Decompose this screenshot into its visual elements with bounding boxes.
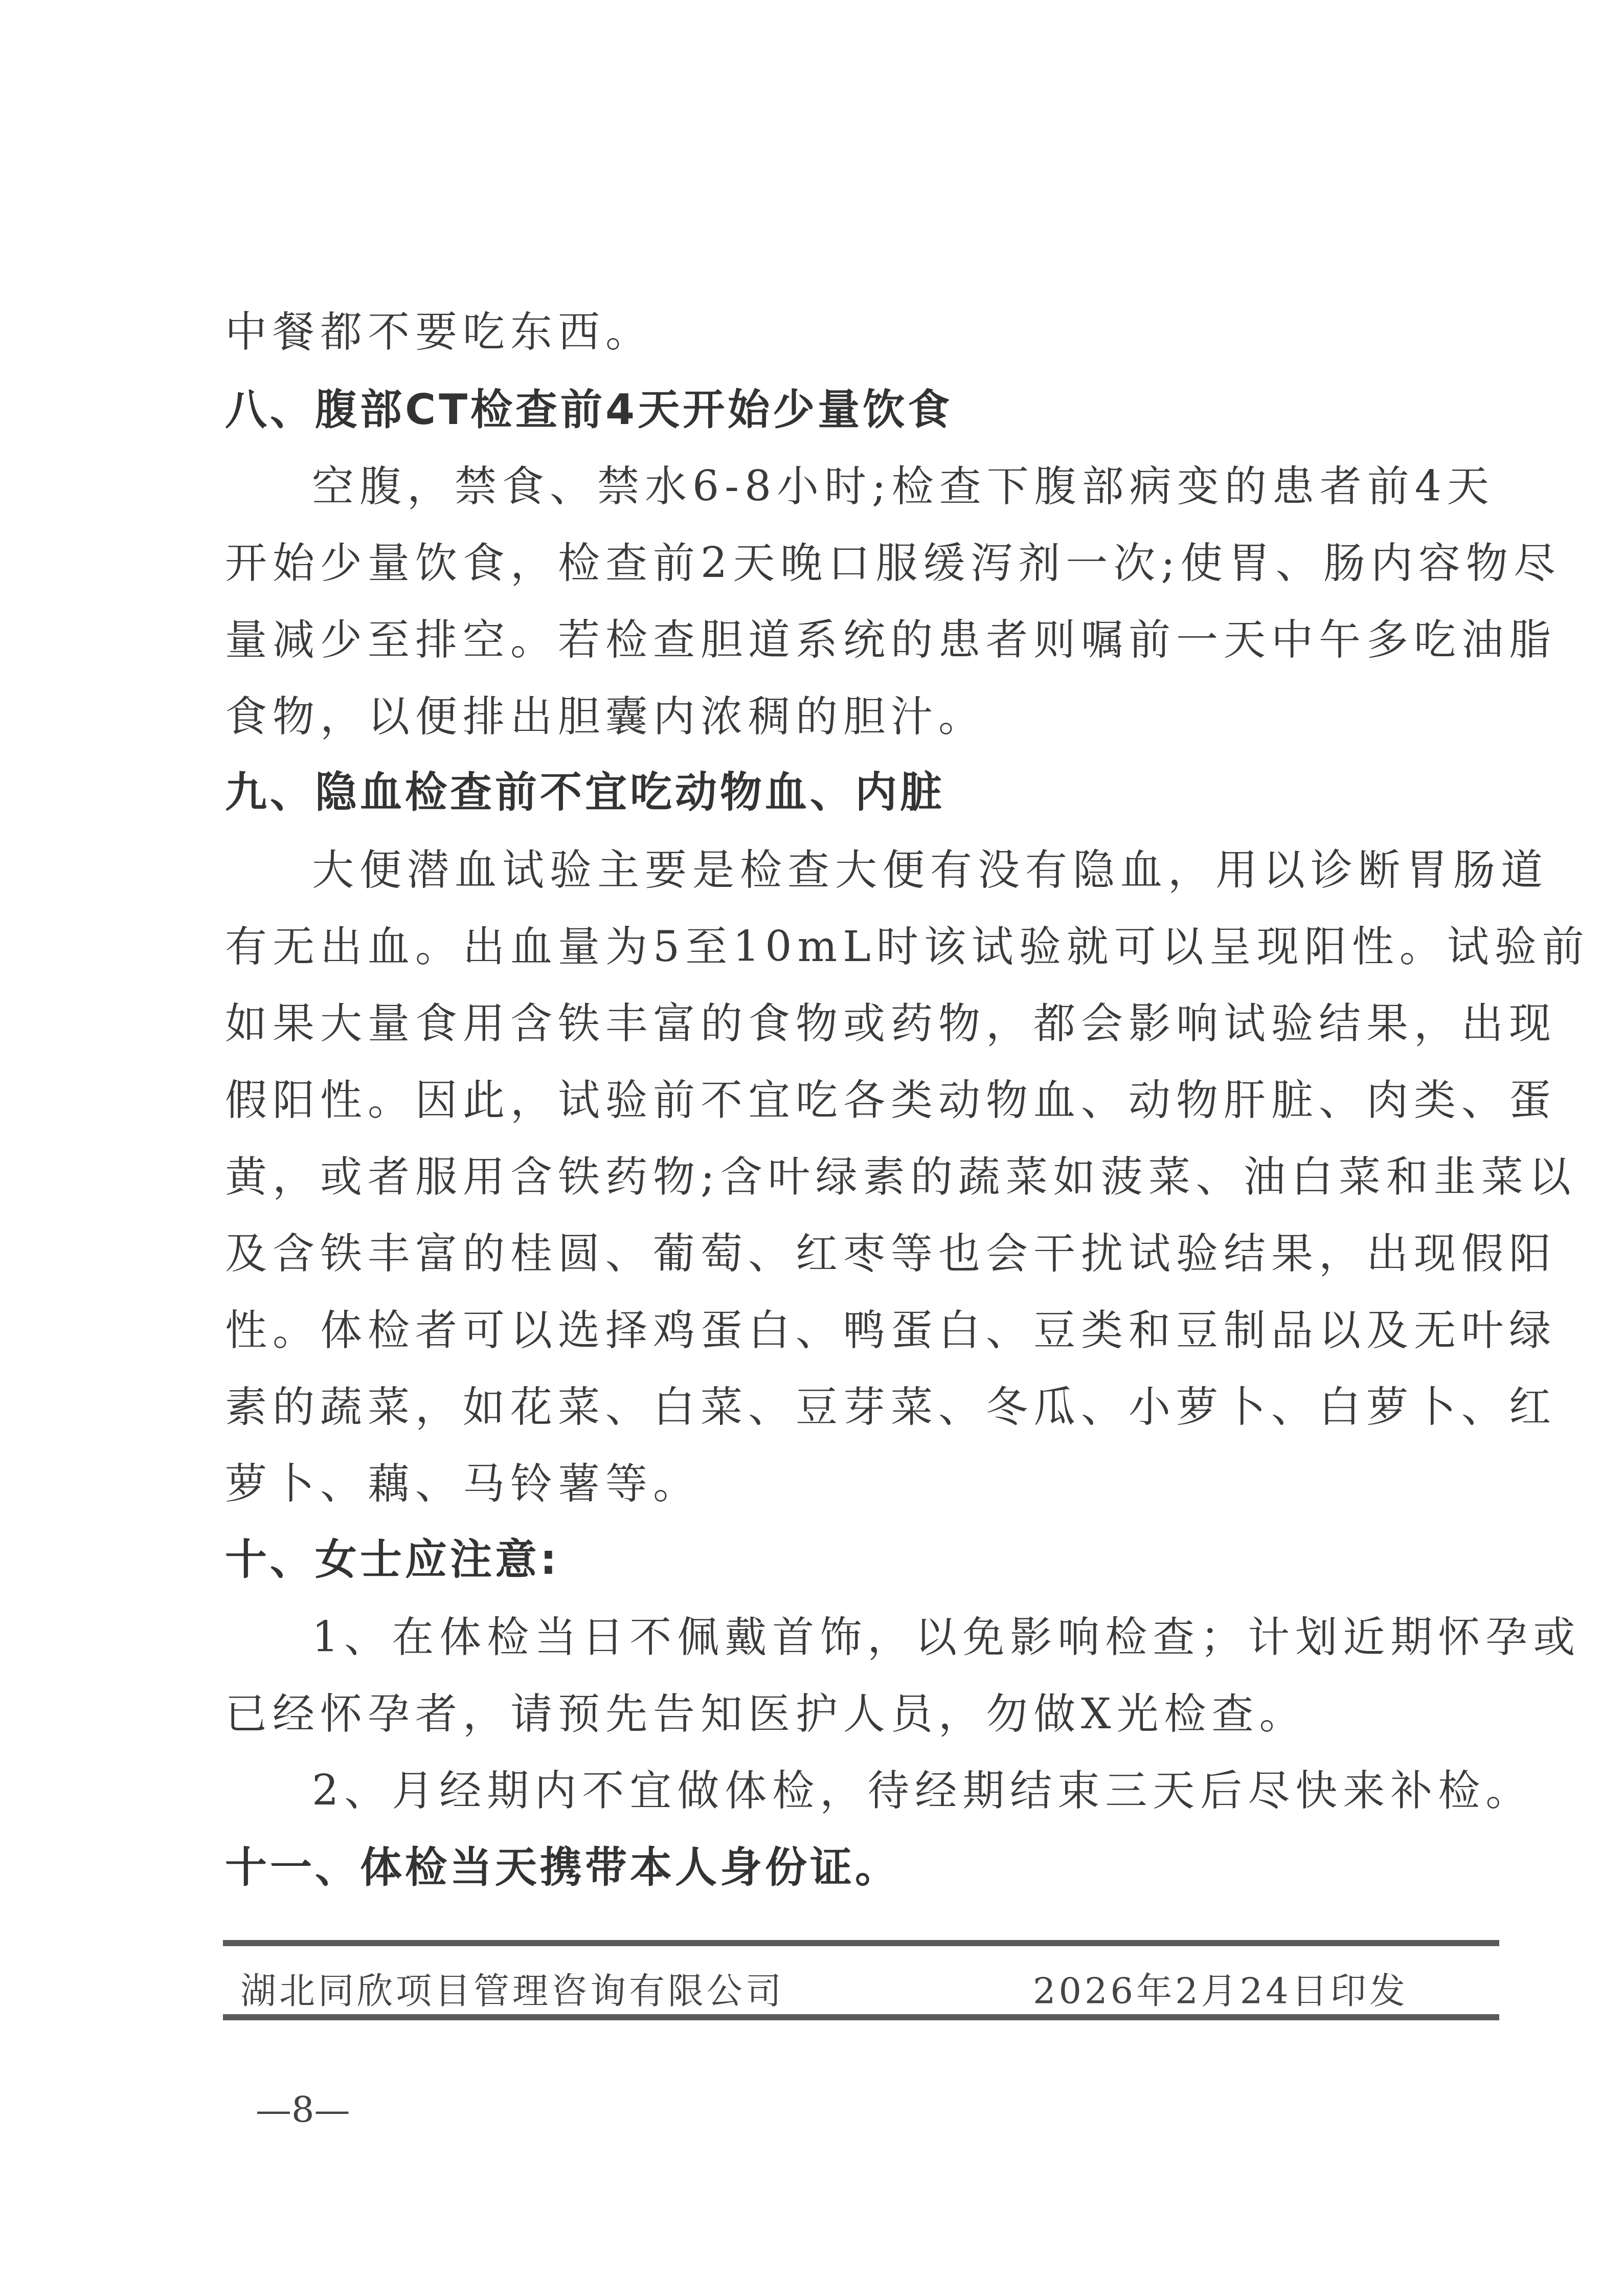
footer-bottom-rule [223,2014,1499,2020]
section-8-line: 空腹，禁食、禁水6-8小时;检查下腹部病变的患者前4天 [312,461,1462,512]
section-8-line: 量减少至排空。若检查胆道系统的患者则嘱前一天中午多吃油脂 [225,615,1462,666]
section-8-line: 食物，以便排出胆囊内浓稠的胆汁。 [225,692,1462,743]
section-9-line: 萝卜、藕、马铃薯等。 [225,1459,1462,1510]
page-number: —8— [256,2087,350,2133]
footer-top-rule [223,1940,1499,1946]
section-10-item-1-line: 1、在体检当日不佩戴首饰，以免影响检查；计划近期怀孕或 [312,1612,1462,1663]
section-9-line: 有无出血。出血量为5至10mL时该试验就可以呈现阳性。试验前 [225,922,1462,973]
section-10-item-2-line: 2、月经期内不宜做体检，待经期结束三天后尽快来补检。 [312,1766,1462,1817]
section-11-heading: 十一、体检当天携带本人身份证。 [225,1842,1462,1893]
section-10-heading: 十、女士应注意: [225,1534,1462,1586]
section-9-line: 性。体检者可以选择鸡蛋白、鸭蛋白、豆类和豆制品以及无叶绿 [225,1305,1462,1356]
section-9-line: 如果大量食用含铁丰富的食物或药物，都会影响试验结果，出现 [225,998,1462,1050]
section-9-line: 假阳性。因此，试验前不宜吃各类动物血、动物肝脏、肉类、蛋 [225,1075,1462,1126]
continuation-text: 中餐都不要吃东西。 [225,307,1462,358]
issuer-name: 湖北同欣项目管理咨询有限公司 [240,1968,784,2014]
section-9-line: 素的蔬菜，如花菜、白菜、豆芽菜、冬瓜、小萝卜、白萝卜、红 [225,1382,1462,1433]
section-9-line: 大便潜血试验主要是检查大便有没有隐血，用以诊断胃肠道 [312,845,1462,896]
document-page: 中餐都不要吃东西。 八、腹部CT检查前4天开始少量饮食 空腹，禁食、禁水6-8小… [0,0,1623,2296]
issue-date: 2026年2月24日印发 [1033,1968,1408,2014]
section-8-line: 开始少量饮食，检查前2天晚口服缓泻剂一次;使胃、肠内容物尽 [225,538,1462,589]
section-9-heading: 九、隐血检查前不宜吃动物血、内脏 [225,767,1462,818]
section-9-line: 及含铁丰富的桂圆、葡萄、红枣等也会干扰试验结果，出现假阳 [225,1229,1462,1280]
section-10-item-1-line: 已经怀孕者，请预先告知医护人员，勿做X光检查。 [225,1689,1462,1740]
section-8-heading: 八、腹部CT检查前4天开始少量饮食 [225,385,1462,436]
section-9-line: 黄，或者服用含铁药物;含叶绿素的蔬菜如菠菜、油白菜和韭菜以 [225,1152,1462,1203]
